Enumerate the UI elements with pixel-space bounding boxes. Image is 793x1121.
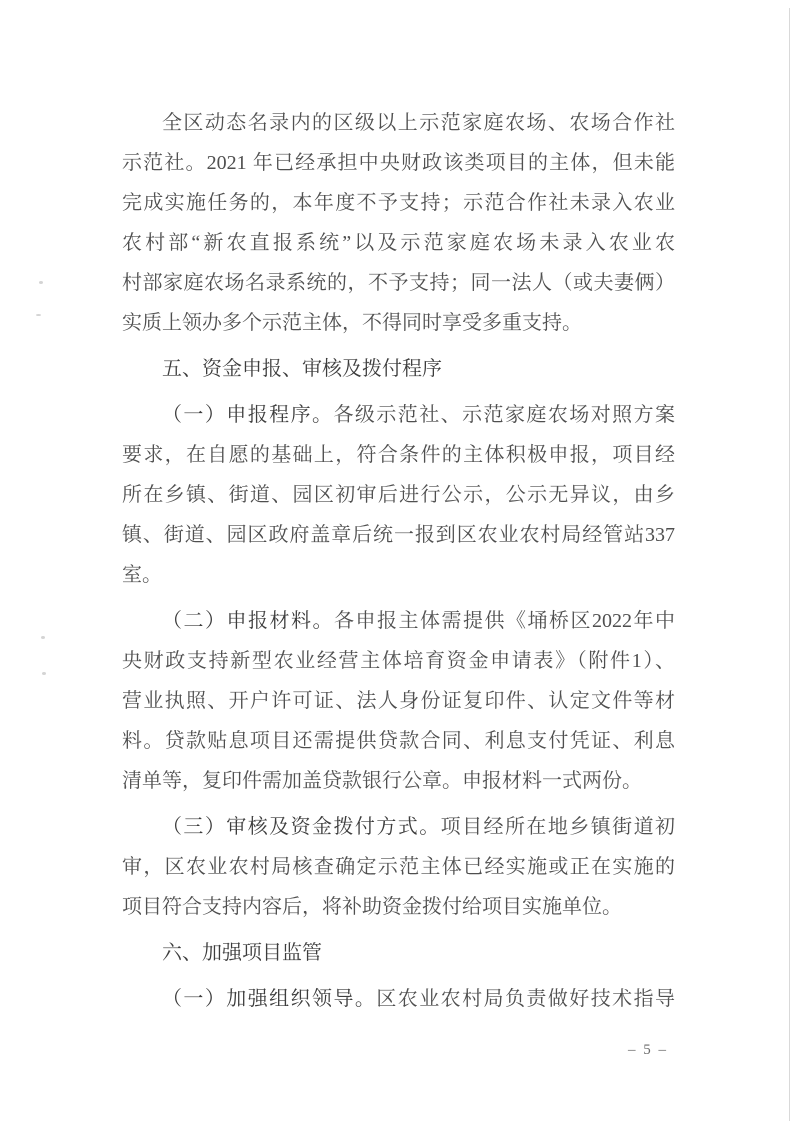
paragraph-review-and-disbursement: （三）审核及资金拨付方式。项目经所在地乡镇街道初 审，区农业农村局核查确定示范主…: [122, 807, 675, 927]
scan-artifact-speck: [42, 672, 46, 675]
text-line: 镇、街道、园区政府盖章后统一报到区农业农村局经管站337: [122, 515, 675, 555]
paragraph-application-materials: （二）申报材料。各申报主体需提供《埇桥区2022年中 央财政支持新型农业经营主体…: [122, 601, 675, 801]
paragraph-eligibility: 全区动态名录内的区级以上示范家庭农场、农场合作社 示范社。2021 年已经承担中…: [122, 103, 675, 343]
paragraph-lead: （三）审核及资金拨付方式。: [162, 816, 441, 838]
scan-artifact-speck: [36, 314, 41, 316]
paragraph-lead-rest: 区农业农村局负责做好技术指导: [376, 988, 675, 1010]
paragraph-strengthen-leadership: （一）加强组织领导。区农业农村局负责做好技术指导: [122, 979, 675, 1019]
text-line: 完成实施任务的，本年度不予支持；示范合作社未录入农业: [122, 183, 675, 223]
section-heading-text: 五、资金申报、审核及拨付程序: [122, 349, 675, 389]
text-line: （一）申报程序。各级示范社、示范家庭农场对照方案: [122, 395, 675, 435]
section-heading-5: 五、资金申报、审核及拨付程序: [122, 349, 675, 389]
paragraph-lead-rest: 各申报主体需提供《埇桥区2022年中: [334, 610, 675, 632]
section-heading-6: 六、加强项目监管: [122, 933, 675, 973]
document-body: 全区动态名录内的区级以上示范家庭农场、农场合作社 示范社。2021 年已经承担中…: [122, 103, 675, 1019]
text-line: 室。: [122, 555, 675, 595]
text-line: 清单等，复印件需加盖贷款银行公章。申报材料一式两份。: [122, 761, 675, 801]
scan-artifact-speck: [39, 281, 43, 284]
text-line: （三）审核及资金拨付方式。项目经所在地乡镇街道初: [122, 807, 675, 847]
page-number: – 5 –: [607, 1039, 689, 1061]
paragraph-lead: （二）申报材料。: [162, 610, 334, 632]
text-line: 项目符合支持内容后，将补助资金拨付给项目实施单位。: [122, 887, 675, 927]
text-line: 村部家庭农场名录系统的，不予支持；同一法人（或夫妻俩）: [122, 263, 675, 303]
text-line: 农村部“新农直报系统”以及示范家庭农场未录入农业农: [122, 223, 675, 263]
text-line: 营业执照、开户许可证、法人身份证复印件、认定文件等材: [122, 681, 675, 721]
scan-artifact-speck: [41, 636, 45, 639]
text-line: （一）加强组织领导。区农业农村局负责做好技术指导: [122, 979, 675, 1019]
document-page: 全区动态名录内的区级以上示范家庭农场、农场合作社 示范社。2021 年已经承担中…: [0, 0, 793, 1121]
text-line: 全区动态名录内的区级以上示范家庭农场、农场合作社: [122, 103, 675, 143]
paragraph-lead: （一）申报程序。: [162, 404, 333, 426]
page-edge-line: [789, 8, 790, 1121]
text-line: 要求，在自愿的基础上，符合条件的主体积极申报，项目经: [122, 435, 675, 475]
text-line: 实质上领办多个示范主体，不得同时享受多重支持。: [122, 303, 675, 343]
text-line: 审，区农业农村局核查确定示范主体已经实施或正在实施的: [122, 847, 675, 887]
text-line: 所在乡镇、街道、园区初审后进行公示，公示无异议，由乡: [122, 475, 675, 515]
text-line: 料。贷款贴息项目还需提供贷款合同、利息支付凭证、利息: [122, 721, 675, 761]
text-line: 示范社。2021 年已经承担中央财政该类项目的主体，但未能: [122, 143, 675, 183]
paragraph-lead-rest: 项目经所在地乡镇街道初: [441, 816, 675, 838]
paragraph-application-procedure: （一）申报程序。各级示范社、示范家庭农场对照方案 要求，在自愿的基础上，符合条件…: [122, 395, 675, 595]
section-heading-text: 六、加强项目监管: [122, 933, 675, 973]
paragraph-lead: （一）加强组织领导。: [162, 988, 376, 1010]
paragraph-lead-rest: 各级示范社、示范家庭农场对照方案: [333, 404, 675, 426]
text-line: （二）申报材料。各申报主体需提供《埇桥区2022年中: [122, 601, 675, 641]
text-line: 央财政支持新型农业经营主体培育资金申请表》（附件1）、: [122, 641, 675, 681]
